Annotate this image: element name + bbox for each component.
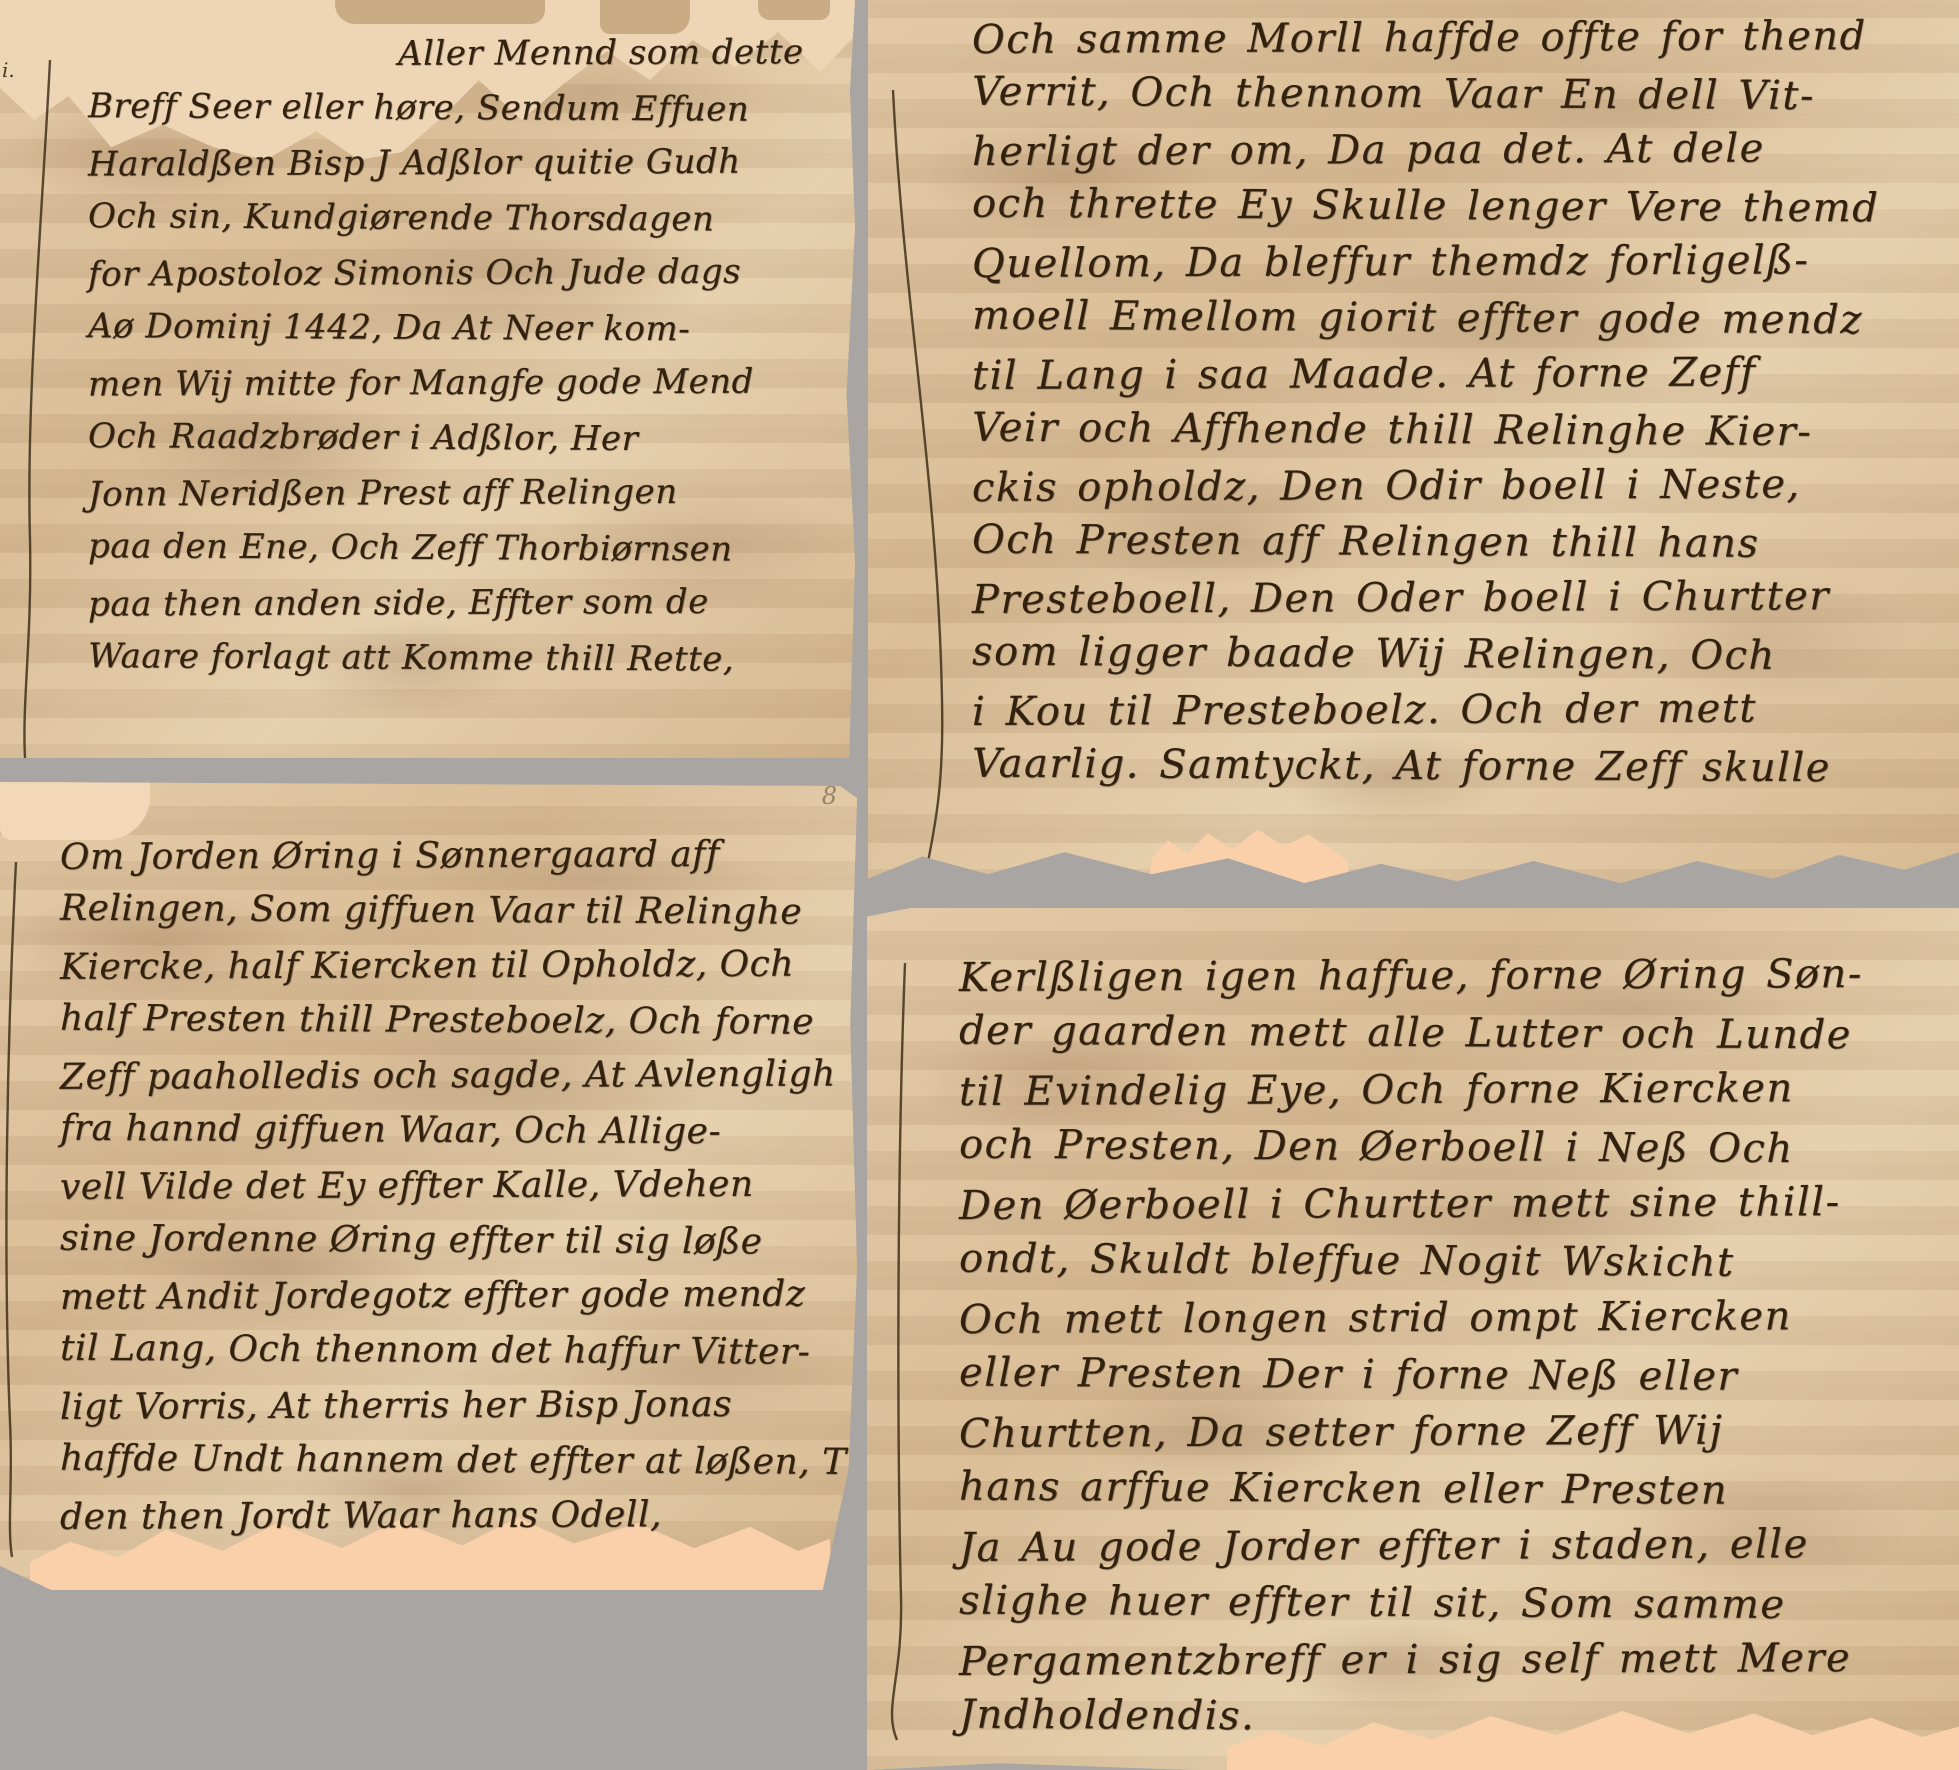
torn-backing-patch: [1148, 822, 1348, 883]
manuscript-text-line: eller Presten Der i forne Neß eller: [959, 1345, 1863, 1407]
manuscript-text-line: for Apostoloz Simonis Och Jude dags: [88, 244, 804, 302]
page-number: 8: [822, 782, 837, 810]
manuscript-text-line: ligt Vorris, At therris her Bisp Jonas: [60, 1376, 857, 1435]
manuscript-text-line: Och mett longen strid ompt Kiercken: [959, 1288, 1863, 1349]
manuscript-text-line: Veir och Affhende thill Relinghe Kier-: [972, 400, 1880, 461]
manuscript-text-line: Relingen, Som giffuen Vaar til Relinghe: [60, 881, 857, 940]
manuscript-text-line: Den Øerboell i Churtter mett sine thill-: [959, 1174, 1863, 1235]
manuscript-piece-top-left: i. Aller Mennd som detteBreff Seer eller…: [0, 0, 855, 758]
torn-paper-fragment: [335, 0, 545, 24]
manuscript-text-line: vell Vilde det Ey effter Kalle, Vdehen: [60, 1156, 857, 1215]
manuscript-text-line: Zeff paaholledis och sagde, At Avlenglig…: [60, 1046, 857, 1105]
manuscript-text-line: Verrit, Och thennom Vaar En dell Vit-: [972, 64, 1880, 125]
manuscript-text-line: Presteboell, Den Oder boell i Churtter: [972, 568, 1880, 628]
manuscript-text-line: sine Jordenne Øring effter til sig løße: [60, 1211, 857, 1270]
manuscript-text-line: Kerlßligen igen haffue, forne Øring Søn-: [959, 946, 1863, 1007]
manuscript-text-line: ckis opholdz, Den Odir boell i Neste,: [972, 456, 1880, 516]
manuscript-text-line: herligt der om, Da paa det. At dele: [972, 120, 1880, 180]
manuscript-text-line: paa then anden side, Effter som de: [88, 574, 804, 632]
manuscript-text-line: half Presten thill Presteboelz, Och forn…: [60, 991, 857, 1050]
manuscript-text-line: Quellom, Da bleffur themdz forligelß-: [972, 232, 1880, 292]
manuscript-text-line: mett Andit Jordegotz effter gode mendz: [60, 1266, 857, 1325]
manuscript-text-line: Aller Mennd som dette: [398, 25, 804, 82]
manuscript-text-line: til Lang, Och thennom det haffur Vitter-: [60, 1321, 857, 1380]
manuscript-piece-top-right: Och samme Morll haffde offte for thendVe…: [868, 0, 1959, 883]
torn-paper-fragment: [758, 0, 830, 20]
manuscript-text-line: som ligger baade Wij Relingen, Och: [972, 624, 1880, 685]
manuscript-text-line: ondt, Skuldt bleffue Nogit Wskicht: [959, 1231, 1863, 1293]
manuscript-text-line: men Wij mitte for Mangfe gode Mend: [88, 354, 804, 412]
manuscript-text-line: til Evindelig Eye, Och forne Kiercken: [959, 1060, 1863, 1121]
manuscript-text-block: Och samme Morll haffde offte for thendVe…: [972, 10, 1879, 794]
manuscript-scan-canvas: i. Aller Mennd som detteBreff Seer eller…: [0, 0, 1959, 1770]
manuscript-text-block: Aller Mennd som detteBreff Seer eller hø…: [88, 26, 804, 686]
manuscript-text-line: Jonn Neridßen Prest aff Relingen: [88, 464, 804, 522]
manuscript-text-line: Kiercke, half Kiercken til Opholdz, Och: [60, 936, 857, 995]
manuscript-text-line: och Presten, Den Øerboell i Neß Och: [959, 1117, 1863, 1179]
margin-mark: i.: [2, 58, 15, 82]
manuscript-text-line: hans arffue Kiercken eller Presten: [959, 1459, 1863, 1521]
manuscript-text-line: Och samme Morll haffde offte for thend: [972, 8, 1880, 68]
manuscript-text-line: slighe huer effter til sit, Som samme: [959, 1573, 1863, 1635]
manuscript-text-line: och thrette Ey Skulle lenger Vere themd: [972, 176, 1880, 237]
manuscript-piece-bottom-right: Kerlßligen igen haffue, forne Øring Søn-…: [867, 908, 1959, 1770]
manuscript-text-line: i Kou til Presteboelz. Och der mett: [972, 680, 1880, 740]
manuscript-text-line: Jndholdendis.: [959, 1687, 1863, 1749]
manuscript-text-line: Och Raadzbrøder i Adßlor, Her: [88, 409, 804, 468]
manuscript-text-line: paa den Ene, Och Zeff Thorbiørnsen: [88, 519, 804, 578]
manuscript-text-line: Om Jorden Øring i Sønnergaard aff: [60, 826, 857, 885]
manuscript-text-line: der gaarden mett alle Lutter och Lunde: [959, 1003, 1863, 1065]
manuscript-text-line: Breff Seer eller høre, Sendum Effuen: [88, 79, 804, 138]
manuscript-text-line: den then Jordt Waar hans Odell,: [60, 1486, 857, 1545]
manuscript-text-line: Och Presten aff Relingen thill hans: [972, 512, 1880, 573]
manuscript-piece-bottom-left: 8 Om Jorden Øring i Sønnergaard affRelin…: [0, 782, 857, 1590]
manuscript-text-block: Om Jorden Øring i Sønnergaard affRelinge…: [60, 828, 857, 1543]
manuscript-text-line: Waare forlagt att Komme thill Rette,: [88, 629, 804, 688]
manuscript-text-line: fra hannd giffuen Waar, Och Allige-: [60, 1101, 857, 1160]
manuscript-text-line: til Lang i saa Maade. At forne Zeff: [972, 344, 1880, 404]
manuscript-text-line: Aø Dominj 1442, Da At Neer kom-: [88, 299, 804, 358]
manuscript-text-line: Churtten, Da setter forne Zeff Wij: [959, 1402, 1863, 1463]
manuscript-text-line: haffde Undt hannem det effter at løßen, …: [60, 1431, 857, 1490]
manuscript-text-line: Vaarlig. Samtyckt, At forne Zeff skulle: [972, 736, 1880, 797]
manuscript-text-line: Haraldßen Bisp J Adßlor quitie Gudh: [88, 134, 804, 192]
manuscript-text-line: Och sin, Kundgiørende Thorsdagen: [88, 189, 804, 248]
manuscript-text-block: Kerlßligen igen haffue, forne Øring Søn-…: [959, 948, 1863, 1746]
manuscript-text-line: Pergamentzbreff er i sig self mett Mere: [959, 1630, 1863, 1691]
manuscript-text-line: moell Emellom giorit effter gode mendz: [972, 288, 1880, 349]
manuscript-text-line: Ja Au gode Jorder effter i staden, elle: [959, 1516, 1863, 1577]
